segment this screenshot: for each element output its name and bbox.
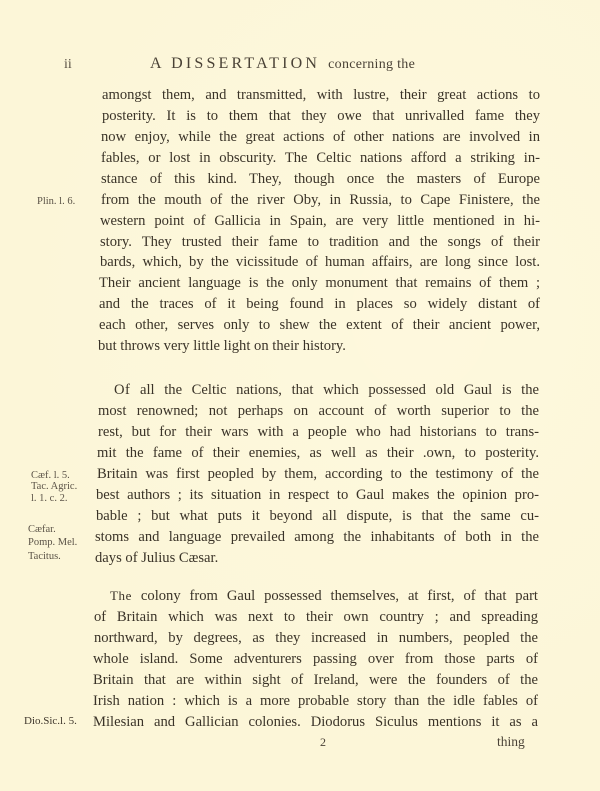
text-line: Britain that are within sight of Ireland… xyxy=(93,670,538,690)
margin-note: Cæfar. xyxy=(28,524,56,535)
text-line: best authors ; its situation in respect … xyxy=(96,485,539,505)
text-line: The colony from Gaul possessed themselve… xyxy=(110,586,538,606)
text-line: Irish nation : which is a more probable … xyxy=(93,691,538,711)
running-head-title: A DISSERTATION xyxy=(150,55,320,72)
margin-note: Tac. Agric. xyxy=(31,481,77,492)
text-line: rest, but for their wars with a people w… xyxy=(98,422,539,442)
margin-note: Plin. l. 6. xyxy=(37,196,75,207)
folio-number: ii xyxy=(64,57,72,73)
text-line: mit the fame of their enemies, as well a… xyxy=(97,443,539,463)
running-head: A DISSERTATION concerning the xyxy=(150,55,530,73)
text-line: most renowned; not perhaps on account of… xyxy=(98,401,539,421)
margin-note: Dio.Sic.l. 5. xyxy=(24,716,77,727)
running-head-subtitle: concerning the xyxy=(328,57,415,72)
small-caps-lead: Of xyxy=(114,382,130,398)
text-line: western point of Gallicia in Spain, are … xyxy=(100,211,540,231)
catchword: thing xyxy=(497,734,525,750)
text-line: amongst them, and transmitted, with lust… xyxy=(102,85,540,105)
margin-note: Cæf. l. 5. xyxy=(31,470,70,481)
text-line: posterity. It is to them that they owe t… xyxy=(102,106,540,126)
text-line: and the traces of it being found in plac… xyxy=(99,294,540,314)
text-line: from the mouth of the river Oby, in Russ… xyxy=(101,190,540,210)
margin-note: Pomp. Mel. xyxy=(28,537,77,548)
text-line: story. They trusted their fame to tradit… xyxy=(100,232,540,252)
text-line: Their ancient language is the only monum… xyxy=(99,273,540,293)
text-line-rest: colony from Gaul possessed themselves, a… xyxy=(132,588,538,604)
text-line: Britain was first peopled by them, accor… xyxy=(97,464,539,484)
text-line: Of all the Celtic nations, that which po… xyxy=(114,380,539,400)
text-line: stance of this kind. They, though once t… xyxy=(101,169,540,189)
text-line: fables, or lost in obscurity. The Celtic… xyxy=(101,148,540,168)
text-line: days of Julius Cæsar. xyxy=(95,548,539,568)
text-line: stoms and language prevailed among the i… xyxy=(95,527,539,547)
text-line: northward, by degrees, as they increased… xyxy=(94,628,538,648)
text-line: bards, which, by the vicissitude of huma… xyxy=(100,252,540,272)
text-line-rest: all the Celtic nations, that which posse… xyxy=(130,382,539,398)
text-line: Milesian and Gallician colonies. Diodoru… xyxy=(93,712,538,732)
margin-note: Tacitus. xyxy=(28,551,61,562)
text-line: now enjoy, while the great actions of ot… xyxy=(101,127,540,147)
small-caps-lead: The xyxy=(110,588,132,603)
book-page: ii A DISSERTATION concerning the amongst… xyxy=(0,0,600,791)
text-line: each other, serves only to shew the exte… xyxy=(99,315,540,335)
margin-note: l. 1. c. 2. xyxy=(31,493,67,504)
text-line: whole island. Some adventurers passing o… xyxy=(93,649,538,669)
signature-mark: 2 xyxy=(320,735,326,750)
text-line: bable ; but what puts it beyond all disp… xyxy=(96,506,539,526)
text-line: but throws very little light on their hi… xyxy=(98,336,540,356)
text-line: of Britain which was next to their own c… xyxy=(94,607,538,627)
